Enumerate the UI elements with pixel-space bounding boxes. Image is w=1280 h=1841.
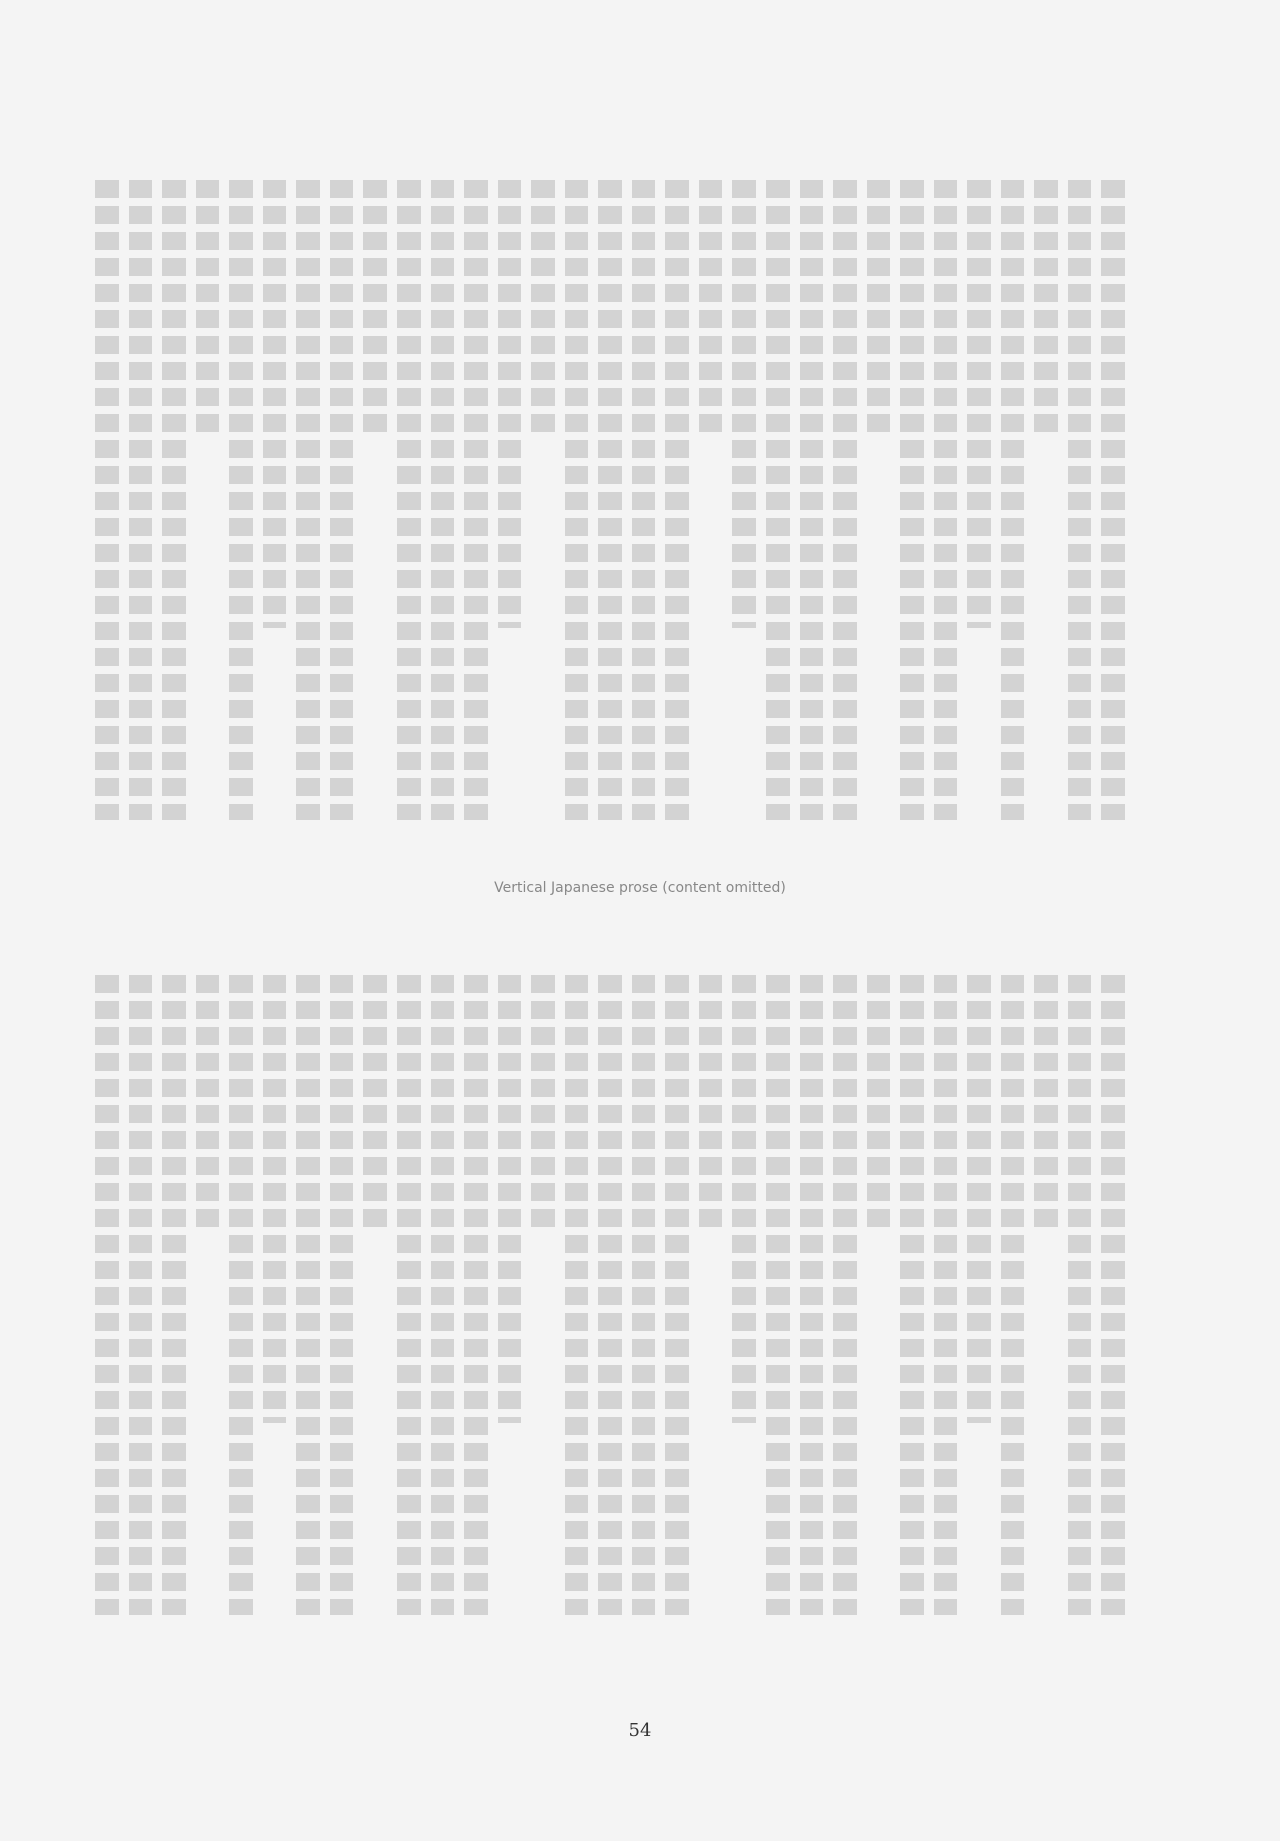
text-column: [330, 975, 354, 1615]
text-column: [766, 975, 790, 1615]
text-column: [296, 975, 320, 1615]
text-column: [900, 975, 924, 1615]
text-column: [129, 180, 153, 820]
lower-text-block: [95, 975, 1125, 1615]
text-column: [263, 180, 287, 628]
text-column: [431, 975, 455, 1615]
text-column: [833, 975, 857, 1615]
text-column: [229, 975, 253, 1615]
text-column: [531, 180, 555, 436]
text-column: [129, 975, 153, 1615]
text-column: [431, 180, 455, 820]
text-column: [766, 180, 790, 820]
text-column: [1101, 975, 1125, 1615]
text-column: [162, 180, 186, 820]
text-column: [263, 975, 287, 1423]
text-column: [833, 180, 857, 820]
text-column: [565, 975, 589, 1615]
text-column: [296, 180, 320, 820]
text-column: [732, 180, 756, 628]
text-column: [632, 180, 656, 820]
text-column: [900, 180, 924, 820]
text-column: [1034, 975, 1058, 1231]
content-notice: Vertical Japanese prose (content omitted…: [0, 880, 1280, 896]
text-column: [196, 180, 220, 436]
upper-text-block: [95, 180, 1125, 820]
text-column: [498, 975, 522, 1423]
text-column: [229, 180, 253, 820]
text-column: [800, 180, 824, 820]
text-column: [363, 975, 387, 1231]
text-column: [598, 975, 622, 1615]
text-column: [565, 180, 589, 820]
text-column: [934, 975, 958, 1615]
text-column: [632, 975, 656, 1615]
text-column: [95, 975, 119, 1615]
text-column: [498, 180, 522, 628]
text-column: [867, 975, 891, 1231]
text-column: [196, 975, 220, 1231]
text-column: [95, 180, 119, 820]
text-column: [1034, 180, 1058, 436]
text-column: [867, 180, 891, 436]
text-column: [967, 975, 991, 1423]
text-column: [967, 180, 991, 628]
text-column: [363, 180, 387, 436]
text-column: [665, 975, 689, 1615]
text-column: [699, 180, 723, 436]
text-column: [464, 975, 488, 1615]
text-column: [732, 975, 756, 1423]
text-column: [330, 180, 354, 820]
text-column: [800, 975, 824, 1615]
text-column: [934, 180, 958, 820]
text-column: [397, 975, 421, 1615]
text-column: [1068, 975, 1092, 1615]
text-column: [1001, 180, 1025, 820]
text-column: [1101, 180, 1125, 820]
text-column: [162, 975, 186, 1615]
text-column: [665, 180, 689, 820]
text-column: [699, 975, 723, 1231]
text-column: [1001, 975, 1025, 1615]
text-column: [464, 180, 488, 820]
text-column: [1068, 180, 1092, 820]
text-column: [531, 975, 555, 1231]
text-column: [397, 180, 421, 820]
page-number: 54: [0, 1720, 1280, 1741]
text-column: [598, 180, 622, 820]
